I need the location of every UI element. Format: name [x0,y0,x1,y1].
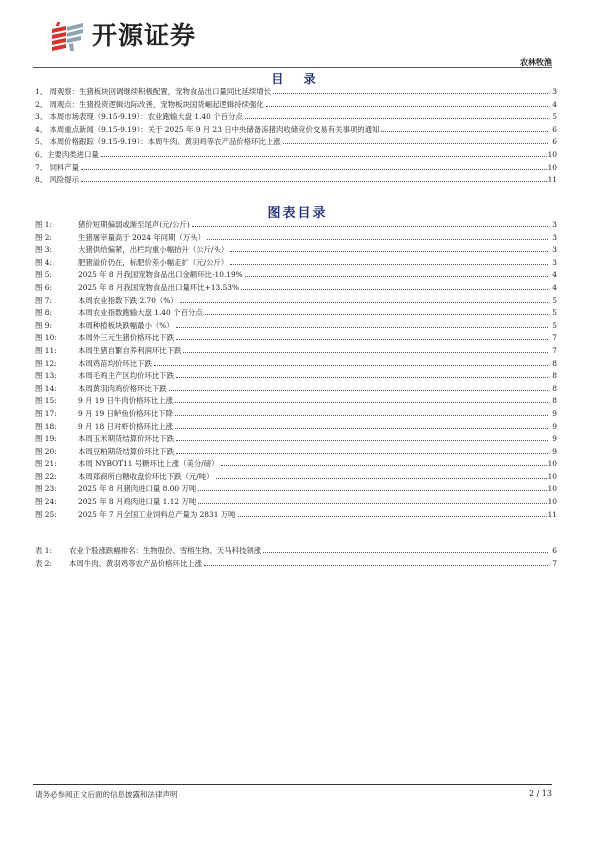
dot-leader [221,465,547,466]
figure-number: 图 9: [35,320,78,333]
figure-list: 图 1:猪价短期偏弱或渐至尾声(元/公斤)3 图 2:生猪屠宰量高于 2024 … [35,219,557,521]
dot-leader [180,302,548,303]
dot-leader [81,169,547,170]
figure-label: 本周毛鸡主产区均价环比下跌 [78,370,174,383]
dot-leader [283,143,548,144]
footer-divider [33,784,552,785]
figure-item[interactable]: 图 19:本周玉米期货结算价环比下跌9 [35,433,557,446]
dot-leader [207,239,548,240]
figure-label: 大猪供给偏紧，出栏均重小幅抬升（公斤/头） [78,244,228,257]
figure-number: 图 18: [35,421,78,434]
toc-item-label: 2、 周观点：生猪投资逻辑边际改善，宠物板块国货崛起逻辑持续强化 [35,99,264,112]
figure-label: 2025 年 8 月猪肉进口量 8.00 万吨 [78,483,196,496]
figure-page: 10 [548,483,557,496]
figure-page: 8 [549,383,557,396]
figure-page: 3 [549,244,557,257]
toc-item-page: 4 [549,99,557,112]
dot-leader [198,503,546,504]
toc-item[interactable]: 8、 风险提示11 [35,174,557,187]
dot-leader [81,181,547,182]
figure-item[interactable]: 图 9:本周种植板块跌幅最小（%）5 [35,320,557,333]
dot-leader [238,516,547,517]
figure-item[interactable]: 图 4:肥猪溢价仍在，标肥价差小幅走扩（元/公斤）3 [35,257,557,270]
figure-number: 图 11: [35,345,78,358]
dot-leader [101,156,547,157]
figure-page: 10 [548,471,557,484]
header-divider [33,67,552,68]
table-item[interactable]: 表 2:本周牛肉、黄羽鸡等农产品价格环比上涨7 [35,558,557,571]
figure-label: 本周种植板块跌幅最小（%） [78,320,174,333]
dot-leader [176,440,548,441]
dot-leader [183,352,548,353]
figure-item[interactable]: 图 5:2025 年 8 月我国宠物食品出口金额环比-10.19%4 [35,269,557,282]
page-indicator: 2 / 13 [529,789,552,798]
figure-page: 9 [549,446,557,459]
figure-page: 8 [549,358,557,371]
figure-number: 图 2: [35,232,78,245]
dot-leader [230,251,548,252]
figure-number: 图 7: [35,295,78,308]
toc-item-label: 8、 风险提示 [35,174,79,187]
figure-label: 本周生猪自繁自养利润环比下跌 [78,345,181,358]
toc-item[interactable]: 4、 本周重点新闻（9.15-9.19）：关于 2025 年 9 月 23 日中… [35,124,557,137]
figure-label: 本周外三元生猪价格环比下跌 [78,332,174,345]
figure-number: 图 21: [35,458,78,471]
figure-number: 图 1: [35,219,78,232]
dot-leader [169,390,548,391]
footer-disclaimer: 请务必参阅正文后面的信息披露和法律声明 [35,789,178,800]
figure-number: 图 4: [35,257,78,270]
figure-item[interactable]: 图 12:本周鸡苗均价环比下跌8 [35,358,557,371]
figure-page: 9 [549,421,557,434]
figure-item[interactable]: 图 21:本周 NYBOT11 号糖环比上涨（美分/磅）10 [35,458,557,471]
table-item[interactable]: 表 1:农业个股涨跌幅排名：生物股份、雪榕生物、天马科技领涨6 [35,545,557,558]
toc-item[interactable]: 6、主要肉类进口量10 [35,149,557,162]
toc-item-label: 6、主要肉类进口量 [35,149,99,162]
figure-item[interactable]: 图 13:本周毛鸡主产区均价环比下跌8 [35,370,557,383]
toc-item-label: 4、 本周重点新闻（9.15-9.19）：关于 2025 年 9 月 23 日中… [35,124,379,137]
figure-label: 本周玉米期货结算价环比下跌 [78,433,174,446]
dot-leader [192,226,548,227]
table-list: 表 1:农业个股涨跌幅排名：生物股份、雪榕生物、天马科技领涨6 表 2:本周牛肉… [35,545,557,570]
figure-page: 5 [549,295,557,308]
figure-page: 9 [549,433,557,446]
dot-leader [266,106,548,107]
dot-leader [176,327,548,328]
figure-item[interactable]: 图 1:猪价短期偏弱或渐至尾声(元/公斤)3 [35,219,557,232]
figure-item[interactable]: 图 25:2025 年 7 月全国工业饲料总产量为 2831 万吨11 [35,509,557,522]
figure-label: 本周鸡苗均价环比下跌 [78,358,152,371]
figure-number: 图 15: [35,395,78,408]
figure-page: 10 [548,458,557,471]
figure-label: 本周农业指数下跌 2.70（%） [78,295,178,308]
dot-leader [205,314,548,315]
figure-page: 5 [549,307,557,320]
figure-label: 9 月 19 日鲈鱼价格环比下降 [78,408,173,421]
figure-label: 本周黄羽肉鸡价格环比下跌 [78,383,167,396]
toc-item-page: 3 [549,86,557,99]
figure-item[interactable]: 图 18:9 月 18 日对虾价格环比上涨9 [35,421,557,434]
figure-item[interactable]: 图 14:本周黄羽肉鸡价格环比下跌8 [35,383,557,396]
figure-item[interactable]: 图 2:生猪屠宰量高于 2024 年同期（万头）3 [35,232,557,245]
figure-number: 图 5: [35,269,78,282]
dot-leader [154,365,548,366]
toc-item-label: 7、 饲料产量 [35,162,79,175]
figure-number: 图 10: [35,332,78,345]
figure-number: 图 24: [35,496,78,509]
figure-page: 7 [549,332,557,345]
toc-item-page: 10 [548,162,557,175]
table-label: 农业个股涨跌幅排名：生物股份、雪榕生物、天马科技领涨 [69,545,261,558]
toc-item-page: 6 [549,124,557,137]
dot-leader [176,453,548,454]
figure-number: 图 23: [35,483,78,496]
figure-number: 图 13: [35,370,78,383]
figure-item[interactable]: 图 20:本周豆粕期货结算价环比下跌9 [35,446,557,459]
figure-page: 8 [549,395,557,408]
dot-leader [176,377,548,378]
figure-item[interactable]: 图 23:2025 年 8 月猪肉进口量 8.00 万吨10 [35,483,557,496]
toc-item-label: 5、 本周价格跟踪（9.15-9.19）：本周牛肉、黄羽鸡等农产品价格环比上涨 [35,136,281,149]
dot-leader [204,565,548,566]
figure-item[interactable]: 图 22:本周郑商所白糖收盘价环比下跌（元/吨）10 [35,471,557,484]
figure-label: 9 月 18 日对虾价格环比上涨 [78,421,173,434]
toc-item-page: 5 [549,111,557,124]
figure-page: 3 [549,219,557,232]
toc-item-label: 1、 周观察：生猪板块回调继续积极配置，宠物食品出口量同比延续增长 [35,86,271,99]
table-number: 表 1: [35,545,69,558]
figure-number: 图 14: [35,383,78,396]
toc-item-page: 11 [548,174,557,187]
figure-label: 本周豆粕期货结算价环比下跌 [78,446,174,459]
toc-item[interactable]: 2、 周观点：生猪投资逻辑边际改善，宠物板块国货崛起逻辑持续强化4 [35,99,557,112]
figure-number: 图 6: [35,282,78,295]
figure-number: 图 8: [35,307,78,320]
figure-item[interactable]: 图 24:2025 年 8 月鸡肉进口量 1.12 万吨10 [35,496,557,509]
toc-title: 目 录 [0,70,595,87]
table-label: 本周牛肉、黄羽鸡等农产品价格环比上涨 [69,558,202,571]
figure-item[interactable]: 图 3:大猪供给偏紧，出栏均重小幅抬升（公斤/头）3 [35,244,557,257]
figure-page: 4 [549,269,557,282]
toc-item[interactable]: 7、 饲料产量10 [35,162,557,175]
table-page: 6 [549,545,557,558]
figure-page: 9 [549,408,557,421]
figure-page: 10 [548,496,557,509]
figure-label: 9 月 19 日牛肉价格环比上涨 [78,395,173,408]
toc-item-page: 6 [549,136,557,149]
toc-item[interactable]: 5、 本周价格跟踪（9.15-9.19）：本周牛肉、黄羽鸡等农产品价格环比上涨6 [35,136,557,149]
dot-leader [381,131,548,132]
dot-leader [245,118,548,119]
dot-leader [198,490,546,491]
figure-item[interactable]: 图 7:本周农业指数下跌 2.70（%）5 [35,295,557,308]
toc-item-label: 3、 本周市场表现（9.15-9.19）：农业跑输大盘 1.40 个百分点 [35,111,243,124]
toc-item[interactable]: 1、 周观察：生猪板块回调继续积极配置，宠物食品出口量同比延续增长3 [35,86,557,99]
figure-label: 本周郑商所白糖收盘价环比下跌（元/吨） [78,471,214,484]
figure-item[interactable]: 图 15:9 月 19 日牛肉价格环比上涨8 [35,395,557,408]
figure-number: 图 20: [35,446,78,459]
figure-page: 4 [549,282,557,295]
figure-label: 2025 年 8 月我国宠物食品出口金额环比-10.19% [78,269,243,282]
figure-page: 5 [549,320,557,333]
figure-item[interactable]: 图 10:本周外三元生猪价格环比下跌7 [35,332,557,345]
dot-leader [175,402,548,403]
figure-number: 图 25: [35,509,78,522]
figure-label: 猪价短期偏弱或渐至尾声(元/公斤) [78,219,190,232]
dot-leader [230,264,548,265]
figure-item[interactable]: 图 8:本周农业指数跑输大盘 1.40 个百分点5 [35,307,557,320]
figure-number: 图 22: [35,471,78,484]
figure-page: 11 [548,509,557,522]
dot-leader [216,478,547,479]
brand-name: 开源证券 [92,20,196,52]
figure-page: 8 [549,370,557,383]
toc-item[interactable]: 3、 本周市场表现（9.15-9.19）：农业跑输大盘 1.40 个百分点5 [35,111,557,124]
figure-number: 图 17: [35,408,78,421]
figure-label: 2025 年 7 月全国工业饲料总产量为 2831 万吨 [78,509,236,522]
figure-number: 图 3: [35,244,78,257]
table-number: 表 2: [35,558,69,571]
dot-leader [175,428,548,429]
figure-label: 本周 NYBOT11 号糖环比上涨（美分/磅） [78,458,219,471]
figure-label: 2025 年 8 月鸡肉进口量 1.12 万吨 [78,496,196,509]
figure-number: 图 19: [35,433,78,446]
figure-item[interactable]: 图 11:本周生猪自繁自养利润环比下跌7 [35,345,557,358]
dot-leader [263,552,548,553]
dot-leader [273,93,548,94]
figure-label: 2025 年 8 月我国宠物食品出口量环比+13.53% [78,282,239,295]
figure-item[interactable]: 图 17:9 月 19 日鲈鱼价格环比下降9 [35,408,557,421]
figure-page: 3 [549,232,557,245]
figure-label: 本周农业指数跑输大盘 1.40 个百分点 [78,307,203,320]
toc-item-page: 10 [548,149,557,162]
dot-leader [176,339,548,340]
figure-page: 3 [549,257,557,270]
brand-logo: 开源证券 [48,20,196,52]
figure-page: 7 [549,345,557,358]
figure-label: 生猪屠宰量高于 2024 年同期（万头） [78,232,205,245]
brand-logo-icon [48,20,86,52]
figure-label: 肥猪溢价仍在，标肥价差小幅走扩（元/公斤） [78,257,228,270]
dot-leader [175,415,548,416]
figure-item[interactable]: 图 6:2025 年 8 月我国宠物食品出口量环比+13.53%4 [35,282,557,295]
dot-leader [241,289,548,290]
table-page: 7 [549,558,557,571]
dot-leader [245,276,548,277]
toc-section-list: 1、 周观察：生猪板块回调继续积极配置，宠物食品出口量同比延续增长3 2、 周观… [35,86,557,187]
figure-number: 图 12: [35,358,78,371]
